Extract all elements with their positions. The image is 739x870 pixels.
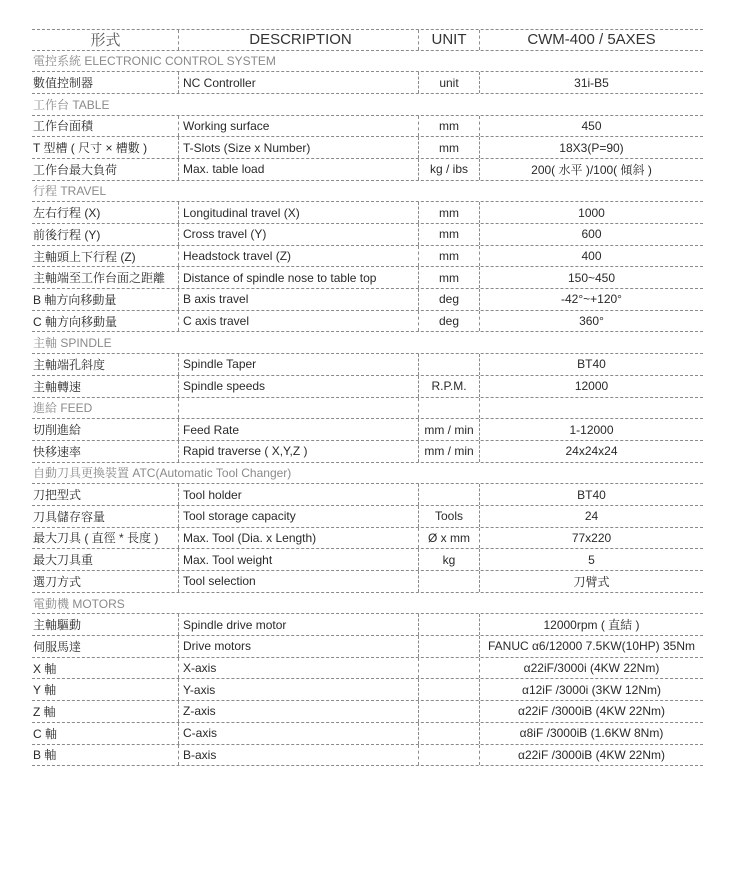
row-description: Headstock travel (Z) [178,246,418,267]
row-value: 1-12000 [480,419,703,440]
section-title: 主軸 SPINDLE [33,332,112,353]
section-title: 工作台 TABLE [33,94,109,115]
row-zh-label: 數值控制器 [32,72,178,93]
divider [418,398,480,419]
row-zh-label: 主軸頭上下行程 (Z) [32,246,178,267]
row-unit: mm [418,224,480,245]
row-value: 24x24x24 [480,441,703,462]
row-unit: mm [418,116,480,137]
section-electronic-control: 電控系統 ELECTRONIC CONTROL SYSTEM [32,51,703,73]
row-unit: mm [418,267,480,288]
row-zh-label: 刀把型式 [32,484,178,505]
row-unit [418,484,480,505]
row-zh-label: 最大刀具重 [32,549,178,570]
row-unit: mm / min [418,441,480,462]
row-zh-label: B 軸 [32,745,178,766]
row-description: Spindle Taper [178,354,418,375]
table-row: 主軸轉速 Spindle speeds R.P.M. 12000 [32,376,703,398]
table-row: X 軸 X-axis α22iF/3000i (4KW 22Nm) [32,658,703,680]
row-zh-label: T 型槽 ( 尺寸 × 槽數 ) [32,137,178,158]
table-row: 數值控制器 NC Controller unit 31i-B5 [32,72,703,94]
table-row: 快移速率 Rapid traverse ( X,Y,Z ) mm / min 2… [32,441,703,463]
row-zh-label: 主軸端至工作台面之距離 [32,267,178,288]
row-description: Rapid traverse ( X,Y,Z ) [178,441,418,462]
row-unit: kg [418,549,480,570]
row-unit: R.P.M. [418,376,480,397]
row-description: Spindle drive motor [178,614,418,635]
row-zh-label: C 軸 [32,723,178,744]
row-description: Tool selection [178,571,418,592]
table-row: 工作台最大負荷 Max. table load kg / ibs 200( 水平… [32,159,703,181]
row-unit: Ø x mm [418,528,480,549]
header-form: 形式 [32,30,178,50]
row-value: 77x220 [480,528,703,549]
row-zh-label: C 軸方向移動量 [32,311,178,332]
row-unit: mm [418,246,480,267]
section-title: 進給 FEED [33,398,92,419]
header-unit: UNIT [418,30,480,50]
table-row: 刀把型式 Tool holder BT40 [32,484,703,506]
row-unit: kg / ibs [418,159,480,180]
row-description: Tool holder [178,484,418,505]
row-value: α22iF/3000i (4KW 22Nm) [480,658,703,679]
row-description: Spindle speeds [178,376,418,397]
header-model: CWM-400 / 5AXES [480,30,703,50]
table-row: C 軸 C-axis α8iF /3000iB (1.6KW 8Nm) [32,723,703,745]
row-description: C-axis [178,723,418,744]
row-description: Working surface [178,116,418,137]
row-unit: unit [418,72,480,93]
table-row: 刀具儲存容量 Tool storage capacity Tools 24 [32,506,703,528]
row-value: 31i-B5 [480,72,703,93]
table-row: 主軸頭上下行程 (Z) Headstock travel (Z) mm 400 [32,246,703,268]
table-row: Z 軸 Z-axis α22iF /3000iB (4KW 22Nm) [32,701,703,723]
row-zh-label: Y 軸 [32,679,178,700]
row-description: Feed Rate [178,419,418,440]
row-value: 400 [480,246,703,267]
row-description: Tool storage capacity [178,506,418,527]
row-zh-label: 主軸驅動 [32,614,178,635]
row-unit [418,658,480,679]
row-unit: mm [418,202,480,223]
row-description: B axis travel [178,289,418,310]
row-description: Distance of spindle nose to table top [178,267,418,288]
row-zh-label: 前後行程 (Y) [32,224,178,245]
section-title: 自動刀具更換裝置 ATC(Automatic Tool Changer) [33,463,291,484]
row-unit [418,679,480,700]
table-row: 左右行程 (X) Longitudinal travel (X) mm 1000 [32,202,703,224]
row-zh-label: 伺服馬達 [32,636,178,657]
row-zh-label: 主軸轉速 [32,376,178,397]
row-value: 150~450 [480,267,703,288]
row-zh-label: 左右行程 (X) [32,202,178,223]
row-value: 刀臂式 [480,571,703,592]
row-unit [418,614,480,635]
row-zh-label: X 軸 [32,658,178,679]
row-value: α22iF /3000iB (4KW 22Nm) [480,701,703,722]
row-description: Y-axis [178,679,418,700]
row-description: Drive motors [178,636,418,657]
table-row: B 軸 B-axis α22iF /3000iB (4KW 22Nm) [32,745,703,767]
section-spindle: 主軸 SPINDLE [32,332,703,354]
table-row: 主軸端至工作台面之距離 Distance of spindle nose to … [32,267,703,289]
row-zh-label: 最大刀具 ( 直徑 * 長度 ) [32,528,178,549]
table-row: 最大刀具 ( 直徑 * 長度 ) Max. Tool (Dia. x Lengt… [32,528,703,550]
row-value: 360° [480,311,703,332]
section-travel: 行程 TRAVEL [32,181,703,203]
row-value: 24 [480,506,703,527]
row-value: BT40 [480,354,703,375]
row-value: α22iF /3000iB (4KW 22Nm) [480,745,703,766]
table-row: 工作台面積 Working surface mm 450 [32,116,703,138]
row-unit [418,636,480,657]
table-row: 前後行程 (Y) Cross travel (Y) mm 600 [32,224,703,246]
row-value: -42°~+120° [480,289,703,310]
row-value: 5 [480,549,703,570]
section-table: 工作台 TABLE [32,94,703,116]
row-unit [418,354,480,375]
table-row: T 型槽 ( 尺寸 × 槽數 ) T-Slots (Size x Number)… [32,137,703,159]
row-zh-label: B 軸方向移動量 [32,289,178,310]
row-zh-label: 工作台最大負荷 [32,159,178,180]
row-unit [418,723,480,744]
row-zh-label: 切削進給 [32,419,178,440]
row-zh-label: 主軸端孔斜度 [32,354,178,375]
table-row: 主軸驅動 Spindle drive motor 12000rpm ( 直結 ) [32,614,703,636]
row-unit [418,571,480,592]
section-motors: 電動機 MOTORS [32,593,703,615]
row-description: Z-axis [178,701,418,722]
row-unit: Tools [418,506,480,527]
row-value: α12iF /3000i (3KW 12Nm) [480,679,703,700]
row-zh-label: 快移速率 [32,441,178,462]
spec-table: 形式 DESCRIPTION UNIT CWM-400 / 5AXES 電控系統… [32,29,703,766]
section-title: 行程 TRAVEL [33,181,106,202]
row-unit [418,745,480,766]
row-value: α8iF /3000iB (1.6KW 8Nm) [480,723,703,744]
divider [178,398,418,419]
table-row: C 軸方向移動量 C axis travel deg 360° [32,311,703,333]
row-value: 450 [480,116,703,137]
section-title: 電控系統 ELECTRONIC CONTROL SYSTEM [33,51,276,72]
row-value: 200( 水平 )/100( 傾斜 ) [480,159,703,180]
table-row: 伺服馬達 Drive motors FANUC α6/12000 7.5KW(1… [32,636,703,658]
row-description: Max. Tool (Dia. x Length) [178,528,418,549]
row-zh-label: 刀具儲存容量 [32,506,178,527]
row-value: FANUC α6/12000 7.5KW(10HP) 35Nm [480,636,703,657]
table-row: 主軸端孔斜度 Spindle Taper BT40 [32,354,703,376]
row-value: 12000rpm ( 直結 ) [480,614,703,635]
row-value: 600 [480,224,703,245]
row-value: 18X3(P=90) [480,137,703,158]
section-atc: 自動刀具更換裝置 ATC(Automatic Tool Changer) [32,463,703,485]
row-description: X-axis [178,658,418,679]
section-title: 電動機 MOTORS [33,593,125,614]
section-feed: 進給 FEED [32,398,703,420]
row-value: 1000 [480,202,703,223]
row-unit: deg [418,289,480,310]
table-row: 選刀方式 Tool selection 刀臂式 [32,571,703,593]
row-description: Longitudinal travel (X) [178,202,418,223]
row-unit: deg [418,311,480,332]
table-row: B 軸方向移動量 B axis travel deg -42°~+120° [32,289,703,311]
row-description: C axis travel [178,311,418,332]
row-zh-label: 工作台面積 [32,116,178,137]
row-description: Max. Tool weight [178,549,418,570]
row-zh-label: Z 軸 [32,701,178,722]
row-description: Max. table load [178,159,418,180]
row-description: B-axis [178,745,418,766]
table-header: 形式 DESCRIPTION UNIT CWM-400 / 5AXES [32,29,703,51]
table-row: 切削進給 Feed Rate mm / min 1-12000 [32,419,703,441]
row-unit [418,701,480,722]
row-zh-label: 選刀方式 [32,571,178,592]
row-description: NC Controller [178,72,418,93]
row-unit: mm [418,137,480,158]
row-value: BT40 [480,484,703,505]
row-value: 12000 [480,376,703,397]
row-description: T-Slots (Size x Number) [178,137,418,158]
table-row: 最大刀具重 Max. Tool weight kg 5 [32,549,703,571]
row-description: Cross travel (Y) [178,224,418,245]
table-row: Y 軸 Y-axis α12iF /3000i (3KW 12Nm) [32,679,703,701]
row-unit: mm / min [418,419,480,440]
header-description: DESCRIPTION [178,30,418,50]
